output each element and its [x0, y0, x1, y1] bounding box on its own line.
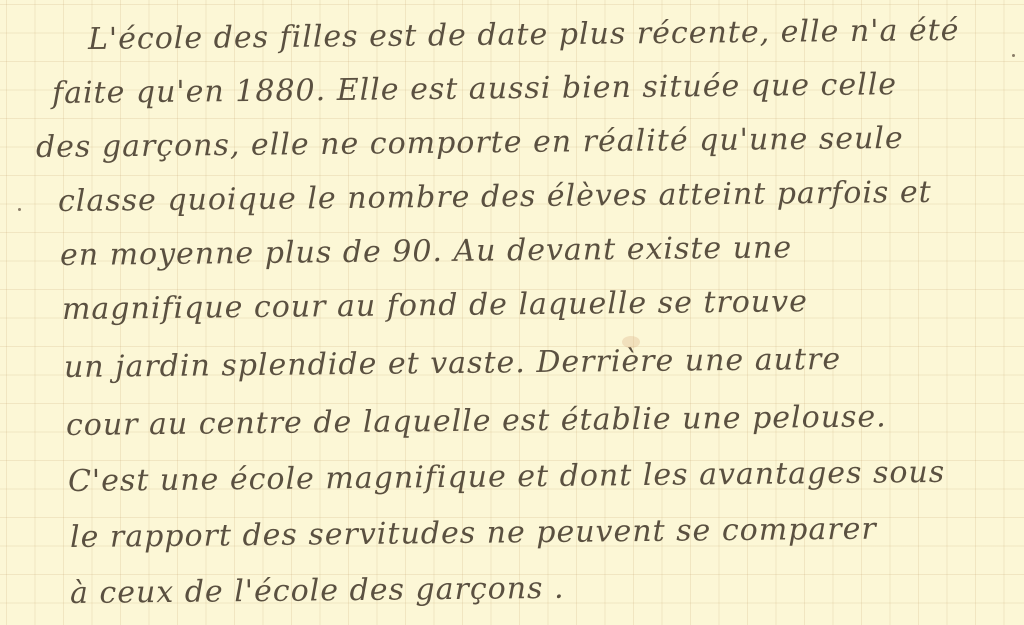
text-line-11: à ceux de l'école des garçons .	[70, 571, 565, 611]
paper-stain	[622, 336, 640, 348]
text-line-10: le rapport des servitudes ne peuvent se …	[70, 512, 877, 555]
text-line-5: en moyenne plus de 90. Au devant existe …	[60, 230, 793, 273]
text-line-1: L'école des filles est de date plus réce…	[88, 13, 960, 57]
text-line-8: cour au centre de laquelle est établie u…	[66, 399, 887, 443]
text-line-6: magnifique cour au fond de laquelle se t…	[62, 284, 808, 327]
ink-dot	[18, 208, 21, 211]
manuscript-page: L'école des filles est de date plus réce…	[0, 0, 1024, 625]
text-line-4: classe quoique le nombre des élèves atte…	[58, 175, 932, 219]
text-line-9: C'est une école magnifique et dont les a…	[68, 455, 946, 499]
text-line-3: des garçons, elle ne comporte en réalité…	[36, 121, 904, 165]
ink-dot	[1012, 54, 1015, 57]
text-line-7: un jardin splendide et vaste. Derrière u…	[64, 342, 841, 385]
text-line-2: faite qu'en 1880. Elle est aussi bien si…	[52, 67, 897, 111]
